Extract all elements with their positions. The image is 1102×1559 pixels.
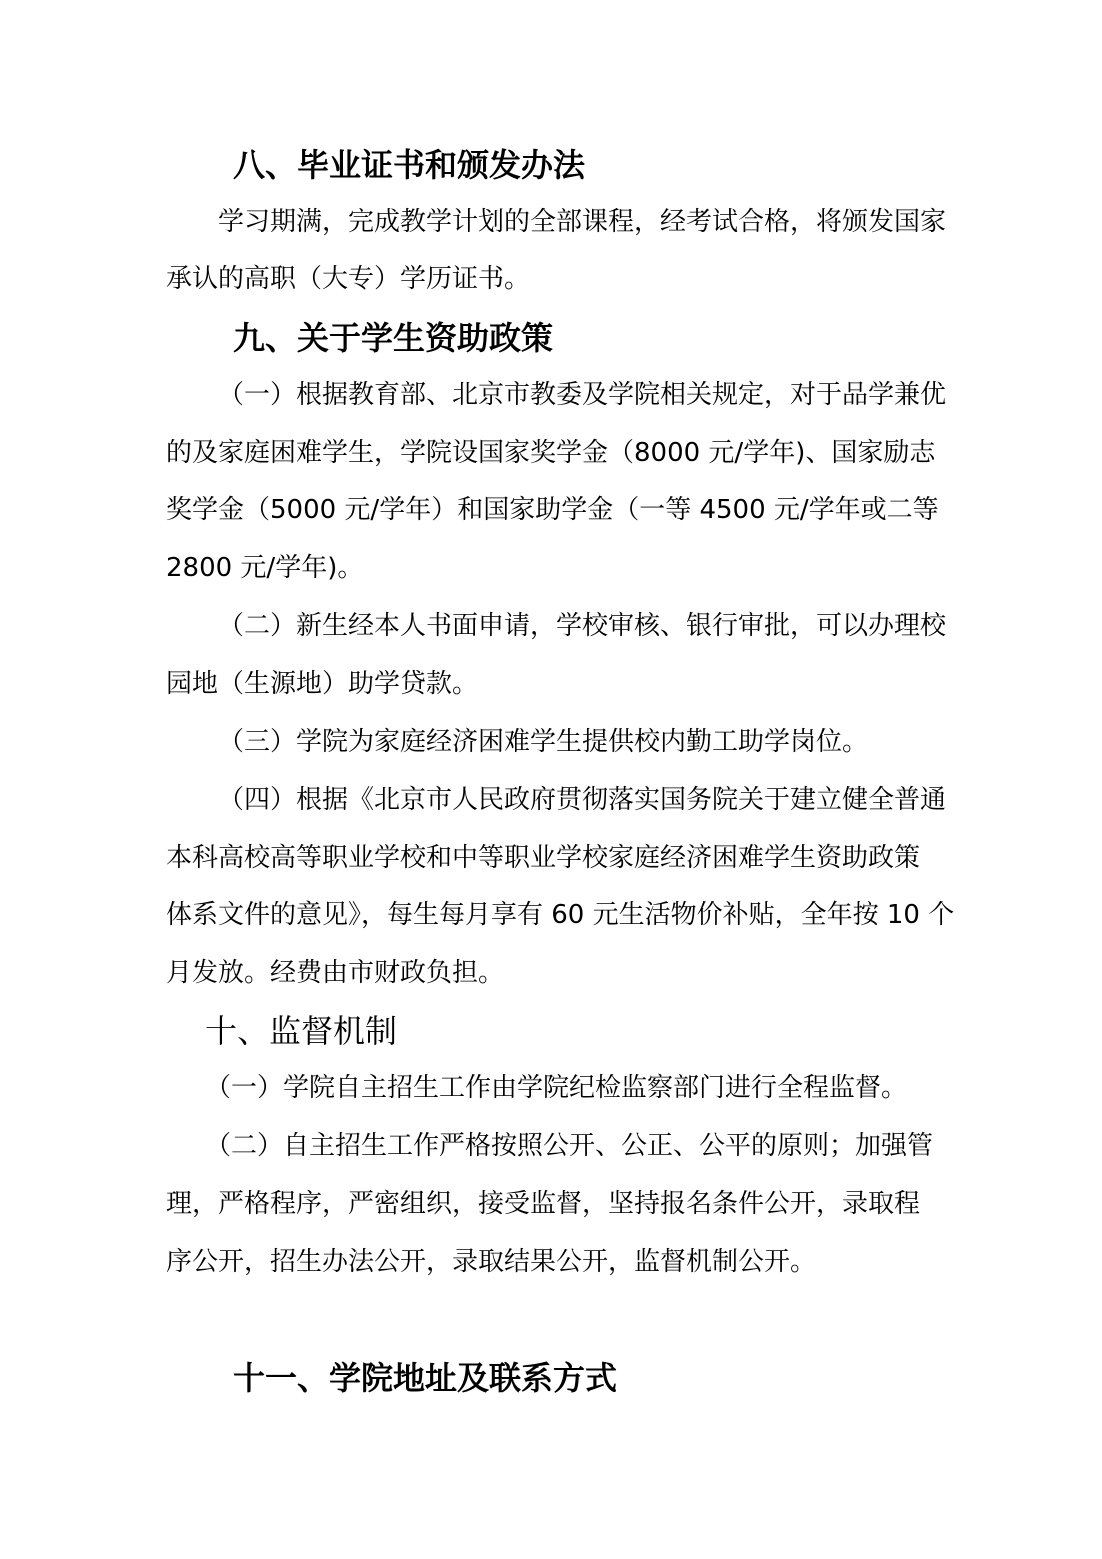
paragraph-line: 理，严格程序，严密组织，接受监督，坚持报名条件公开，录取程 [166,1187,920,1221]
section-heading-supervision-mechanism: 十、监督机制 [205,1011,397,1051]
paragraph-line: （二）新生经本人书面申请，学校审核、银行审批，可以办理校 [218,609,946,643]
paragraph-line: 体系文件的意见》，每生每月享有 60 元生活物价补贴，全年按 10 个 [166,898,954,932]
paragraph-line: 园地（生源地）助学贷款。 [166,667,478,701]
paragraph-line: 2800 元/学年)。 [166,551,363,585]
paragraph-line: （一）学院自主招生工作由学院纪检监察部门进行全程监督。 [205,1071,907,1105]
paragraph-line: 学习期满，完成教学计划的全部课程，经考试合格，将颁发国家 [218,205,946,239]
paragraph-line: 月发放。经费由市财政负担。 [166,956,504,990]
section-heading-student-aid-policy: 九、关于学生资助政策 [233,318,553,358]
paragraph-line: （一）根据教育部、北京市教委及学院相关规定，对于品学兼优 [218,378,946,412]
section-heading-graduation-certificate: 八、毕业证书和颁发办法 [233,145,585,185]
paragraph-line: （四）根据《北京市人民政府贯彻落实国务院关于建立健全普通 [218,783,946,817]
paragraph-line: 承认的高职（大专）学历证书。 [166,262,530,296]
section-heading-address-and-contact: 十一、学院地址及联系方式 [233,1358,617,1398]
paragraph-line: 奖学金（5000 元/学年）和国家助学金（一等 4500 元/学年或二等 [166,493,939,527]
paragraph-line: 本科高校高等职业学校和中等职业学校家庭经济困难学生资助政策 [166,841,920,875]
paragraph-line: 的及家庭困难学生，学院设国家奖学金（8000 元/学年)、国家励志 [166,436,935,470]
paragraph-line: （三）学院为家庭经济困难学生提供校内勤工助学岗位。 [218,725,868,759]
paragraph-line: （二）自主招生工作严格按照公开、公正、公平的原则；加强管 [205,1129,933,1163]
paragraph-line: 序公开，招生办法公开，录取结果公开，监督机制公开。 [166,1245,816,1279]
